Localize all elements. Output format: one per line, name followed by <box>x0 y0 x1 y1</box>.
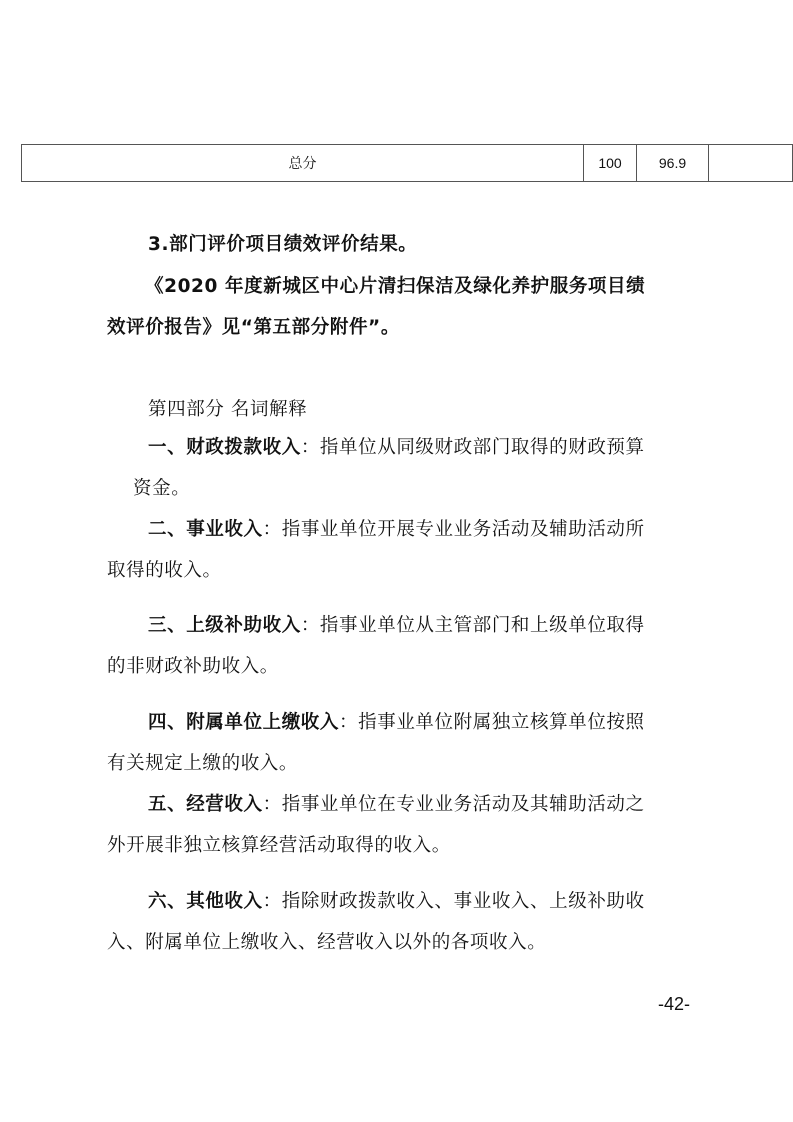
term-6-sep: ： <box>263 891 282 912</box>
term-2-def: 指事业单位开展专业业务活动及辅助活动所 <box>282 519 645 540</box>
score-cell: 96.9 <box>637 145 709 182</box>
total-score-table: 总分 100 96.9 <box>21 144 793 182</box>
section3-text-line2: 效评价报告》见“第五部分附件”。 <box>107 316 400 340</box>
term-3-sep: ： <box>301 615 320 636</box>
term-6-line1: 六、其他收入：指除财政拨款收入、事业收入、上级补助收 <box>148 890 645 914</box>
term-5-line1: 五、经营收入：指事业单位在专业业务活动及其辅助活动之 <box>148 793 645 817</box>
term-2-line2: 取得的收入。 <box>107 559 222 583</box>
page-number: -42- <box>658 994 690 1015</box>
term-2-sep: ： <box>263 519 282 540</box>
term-3-line2: 的非财政补助收入。 <box>107 655 279 679</box>
term-6-line2: 入、附属单位上缴收入、经营收入以外的各项收入。 <box>107 931 546 955</box>
term-1-line2: 资金。 <box>133 477 190 501</box>
term-5-sep: ： <box>263 794 282 815</box>
term-4-line1: 四、附属单位上缴收入：指事业单位附属独立核算单位按照 <box>148 711 645 735</box>
term-1-line1: 一、财政拨款收入：指单位从同级财政部门取得的财政预算 <box>148 436 645 460</box>
term-3-def: 指事业单位从主管部门和上级单位取得 <box>320 615 645 636</box>
part4-title: 第四部分 名词解释 <box>148 398 307 422</box>
term-1-name: 一、财政拨款收入 <box>148 437 301 458</box>
term-4-sep: ： <box>339 712 358 733</box>
term-1-def: 指单位从同级财政部门取得的财政预算 <box>320 437 645 458</box>
max-score-cell: 100 <box>584 145 637 182</box>
term-1-sep: ： <box>301 437 320 458</box>
term-2-line1: 二、事业收入：指事业单位开展专业业务活动及辅助活动所 <box>148 518 645 542</box>
term-2-name: 二、事业收入 <box>148 519 263 540</box>
table-row-total: 总分 100 96.9 <box>22 145 793 182</box>
total-label-cell: 总分 <box>22 145 584 182</box>
term-6-def: 指除财政拨款收入、事业收入、上级补助收 <box>282 891 645 912</box>
term-3-name: 三、上级补助收入 <box>148 615 301 636</box>
section3-heading: 3.部门评价项目绩效评价结果。 <box>148 233 417 257</box>
remark-cell <box>709 145 793 182</box>
term-4-name: 四、附属单位上缴收入 <box>148 712 339 733</box>
term-4-def: 指事业单位附属独立核算单位按照 <box>358 712 645 733</box>
term-4-line2: 有关规定上缴的收入。 <box>107 752 298 776</box>
term-3-line1: 三、上级补助收入：指事业单位从主管部门和上级单位取得 <box>148 614 645 638</box>
term-5-line2: 外开展非独立核算经营活动取得的收入。 <box>107 834 451 858</box>
term-5-name: 五、经营收入 <box>148 794 263 815</box>
term-5-def: 指事业单位在专业业务活动及其辅助活动之 <box>282 794 645 815</box>
section3-text-line1: 《2020 年度新城区中心片清扫保洁及绿化养护服务项目绩 <box>145 275 645 299</box>
term-6-name: 六、其他收入 <box>148 891 263 912</box>
